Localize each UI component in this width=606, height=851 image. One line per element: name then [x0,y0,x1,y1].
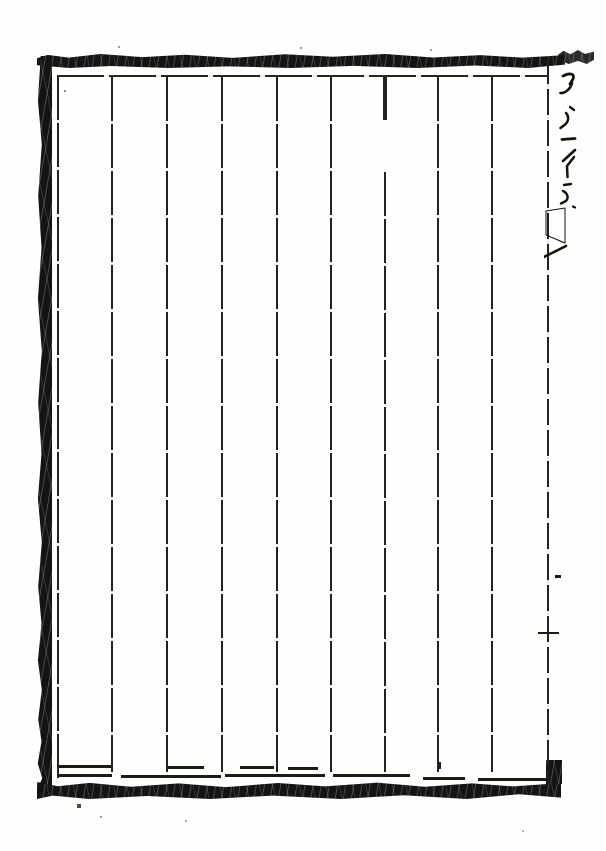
column-line [221,77,223,772]
column-line [330,77,332,772]
column-line [383,77,387,120]
book-page-scan [0,0,606,851]
inner-frame-bottom-line-segment [478,778,548,781]
partial-character-fragment-5 [561,184,575,208]
inner-frame-bottom-line-segment [225,774,325,777]
partial-character-fragment-4 [563,150,575,177]
column-bottom-tick [168,766,204,769]
top-border-bar [37,54,565,68]
right-margin-fragments [544,60,600,280]
inner-frame-top-line [57,75,548,77]
partial-character-fragment-1 [561,74,574,93]
column-line [111,77,113,772]
inner-frame-bottom-line-segment [333,774,410,777]
inner-frame-left-line [57,76,59,778]
column-bottom-tick [58,765,112,768]
ink-speck [555,575,561,578]
bottom-border-bar [37,782,561,799]
column-bottom-tick [288,767,318,770]
inner-frame-bottom-line-segment [121,775,221,778]
column-line [437,77,439,772]
inner-frame-bottom-line-segment [58,774,112,777]
column-line [276,77,278,772]
column-line [491,77,493,772]
column-bottom-tick [240,766,274,769]
column-line [166,77,168,772]
left-border-bar [37,56,52,793]
ink-speck [438,762,441,769]
fishtail-mark [546,208,565,243]
column-line [384,172,386,772]
partial-character-fragment-3 [562,139,575,140]
ink-speck [538,632,559,634]
inner-frame-bottom-line-segment [423,777,465,780]
partial-character-fragment-2 [561,107,575,128]
fold-diagonal-stroke [544,246,566,257]
dust-specks [0,0,2,2]
